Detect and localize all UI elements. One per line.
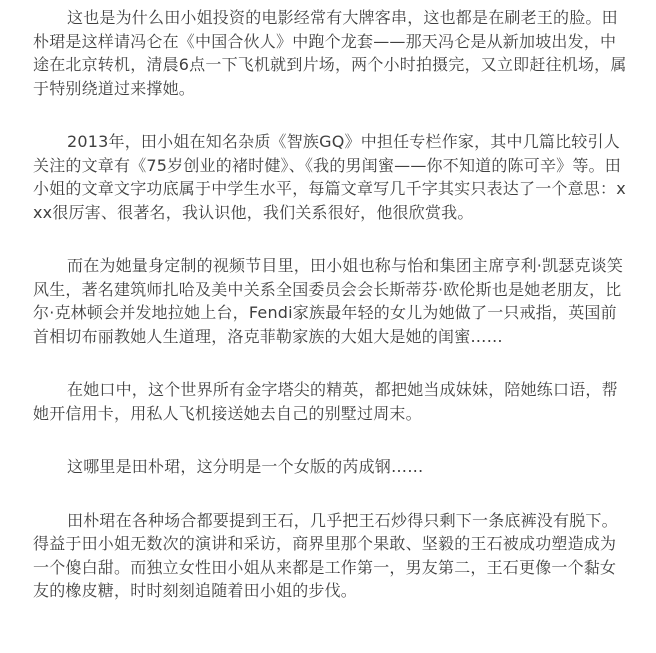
article-paragraph-3: 而在为她量身定制的视频节目里，田小姐也称与怡和集团主席亨利·凯瑟克谈笑风生，著名… [33,254,630,348]
article-paragraph-4: 在她口中，这个世界所有金字塔尖的精英，都把她当成妹妹，陪她练口语，帮她开信用卡，… [33,378,630,425]
article-paragraph-5: 这哪里是田朴珺，这分明是一个女版的芮成钢…… [33,455,630,479]
article-paragraph-6: 田朴珺在各种场合都要提到王石，几乎把王石炒得只剩下一条底裤没有脱下。得益于田小姐… [33,509,630,603]
article-paragraph-2: 2013年，田小姐在知名杂质《智族GQ》中担任专栏作家，其中几篇比较引人关注的文… [33,130,630,224]
article-paragraph-1: 这也是为什么田小姐投资的电影经常有大牌客串，这也都是在刷老王的脸。田朴珺是这样请… [33,6,630,100]
article-page: 这也是为什么田小姐投资的电影经常有大牌客串，这也都是在刷老王的脸。田朴珺是这样请… [0,0,656,653]
